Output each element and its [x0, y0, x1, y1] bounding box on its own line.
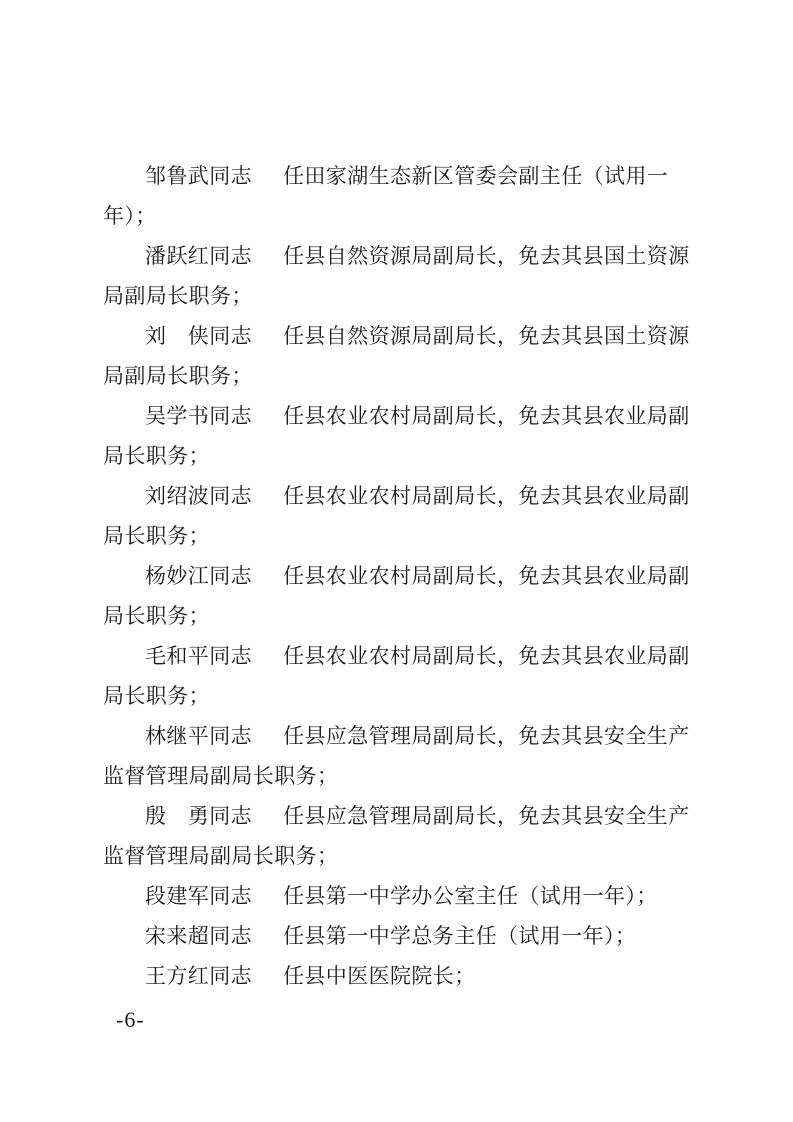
text-line-first: 刘绍波同志任县农业农村局副局长，免去其县农业局副 [103, 476, 743, 516]
name-text-gap [252, 262, 283, 263]
appointment-paragraph: 邹鲁武同志任田家湖生态新区管委会副主任（试用一年）； [103, 156, 743, 236]
appointment-text: 任县第一中学总务主任（试用一年）； [283, 924, 636, 948]
person-name: 毛和平同志 [145, 644, 252, 668]
first-line-indent [103, 182, 145, 183]
first-line-indent [103, 342, 145, 343]
person-name: 邹鲁武同志 [145, 164, 252, 188]
first-line-indent [103, 262, 145, 263]
appointment-paragraph: 刘 侠同志任县自然资源局副局长，免去其县国土资源局副局长职务； [103, 316, 743, 396]
appointment-paragraph: 刘绍波同志任县农业农村局副局长，免去其县农业局副局长职务； [103, 476, 743, 556]
appointment-text: 任县应急管理局副局长，免去其县安全生产 [283, 724, 690, 748]
person-name: 刘绍波同志 [145, 484, 252, 508]
appointment-text: 任县农业农村局副局长，免去其县农业局副 [283, 564, 690, 588]
first-line-indent [103, 982, 145, 983]
appointment-paragraph: 林继平同志任县应急管理局副局长，免去其县安全生产监督管理局副局长职务； [103, 716, 743, 796]
first-line-indent [103, 742, 145, 743]
appointment-text: 任县农业农村局副局长，免去其县农业局副 [283, 484, 690, 508]
appointment-text: 任县农业农村局副局长，免去其县农业局副 [283, 404, 690, 428]
person-name: 王方红同志 [145, 964, 252, 988]
appointment-text: 任县农业农村局副局长，免去其县农业局副 [283, 644, 690, 668]
person-name: 殷 勇同志 [145, 804, 252, 828]
text-line-continuation: 局长职务； [103, 596, 743, 636]
text-line-continuation: 局长职务； [103, 436, 743, 476]
name-text-gap [252, 182, 283, 183]
document-body: 邹鲁武同志任田家湖生态新区管委会副主任（试用一年）；潘跃红同志任县自然资源局副局… [103, 156, 743, 996]
appointment-paragraph: 杨妙江同志任县农业农村局副局长，免去其县农业局副局长职务； [103, 556, 743, 636]
text-line-continuation: 局副局长职务； [103, 356, 743, 396]
first-line-indent [103, 902, 145, 903]
first-line-indent [103, 502, 145, 503]
text-line-first: 宋来超同志任县第一中学总务主任（试用一年）； [103, 916, 743, 956]
text-line-first: 殷 勇同志任县应急管理局副局长，免去其县安全生产 [103, 796, 743, 836]
first-line-indent [103, 942, 145, 943]
name-text-gap [252, 742, 283, 743]
name-text-gap [252, 662, 283, 663]
text-line-first: 林继平同志任县应急管理局副局长，免去其县安全生产 [103, 716, 743, 756]
text-line-continuation: 局长职务； [103, 516, 743, 556]
text-line-continuation: 监督管理局副局长职务； [103, 836, 743, 876]
text-line-first: 段建军同志任县第一中学办公室主任（试用一年）； [103, 876, 743, 916]
text-line-continuation: 监督管理局副局长职务； [103, 756, 743, 796]
text-line-continuation: 年）； [103, 196, 743, 236]
text-line-first: 吴学书同志任县农业农村局副局长，免去其县农业局副 [103, 396, 743, 436]
appointment-text: 任县自然资源局副局长，免去其县国土资源 [283, 324, 690, 348]
text-line-continuation: 局副局长职务； [103, 276, 743, 316]
name-text-gap [252, 902, 283, 903]
person-name: 段建军同志 [145, 884, 252, 908]
appointment-paragraph: 吴学书同志任县农业农村局副局长，免去其县农业局副局长职务； [103, 396, 743, 476]
appointment-paragraph: 王方红同志任县中医医院院长； [103, 956, 743, 996]
appointment-paragraph: 宋来超同志任县第一中学总务主任（试用一年）； [103, 916, 743, 956]
appointment-paragraph: 殷 勇同志任县应急管理局副局长，免去其县安全生产监督管理局副局长职务； [103, 796, 743, 876]
text-line-first: 潘跃红同志任县自然资源局副局长，免去其县国土资源 [103, 236, 743, 276]
person-name: 宋来超同志 [145, 924, 252, 948]
appointment-text: 任县自然资源局副局长，免去其县国土资源 [283, 244, 690, 268]
text-line-first: 刘 侠同志任县自然资源局副局长，免去其县国土资源 [103, 316, 743, 356]
appointment-paragraph: 毛和平同志任县农业农村局副局长，免去其县农业局副局长职务； [103, 636, 743, 716]
person-name: 杨妙江同志 [145, 564, 252, 588]
name-text-gap [252, 942, 283, 943]
person-name: 潘跃红同志 [145, 244, 252, 268]
person-name: 刘 侠同志 [145, 324, 252, 348]
appointment-text: 任县应急管理局副局长，免去其县安全生产 [283, 804, 690, 828]
name-text-gap [252, 982, 283, 983]
first-line-indent [103, 582, 145, 583]
document-page: 邹鲁武同志任田家湖生态新区管委会副主任（试用一年）；潘跃红同志任县自然资源局副局… [0, 0, 793, 1122]
text-line-first: 毛和平同志任县农业农村局副局长，免去其县农业局副 [103, 636, 743, 676]
page-number: -6- [116, 1005, 145, 1035]
appointment-paragraph: 段建军同志任县第一中学办公室主任（试用一年）； [103, 876, 743, 916]
name-text-gap [252, 502, 283, 503]
person-name: 吴学书同志 [145, 404, 252, 428]
first-line-indent [103, 662, 145, 663]
text-line-first: 邹鲁武同志任田家湖生态新区管委会副主任（试用一 [103, 156, 743, 196]
name-text-gap [252, 822, 283, 823]
first-line-indent [103, 822, 145, 823]
name-text-gap [252, 342, 283, 343]
appointment-text: 任县第一中学办公室主任（试用一年）； [283, 884, 658, 908]
text-line-first: 杨妙江同志任县农业农村局副局长，免去其县农业局副 [103, 556, 743, 596]
person-name: 林继平同志 [145, 724, 252, 748]
first-line-indent [103, 422, 145, 423]
appointment-text: 任县中医医院院长； [283, 964, 476, 988]
name-text-gap [252, 422, 283, 423]
appointment-text: 任田家湖生态新区管委会副主任（试用一 [283, 164, 668, 188]
text-line-first: 王方红同志任县中医医院院长； [103, 956, 743, 996]
text-line-continuation: 局长职务； [103, 676, 743, 716]
appointment-paragraph: 潘跃红同志任县自然资源局副局长，免去其县国土资源局副局长职务； [103, 236, 743, 316]
name-text-gap [252, 582, 283, 583]
